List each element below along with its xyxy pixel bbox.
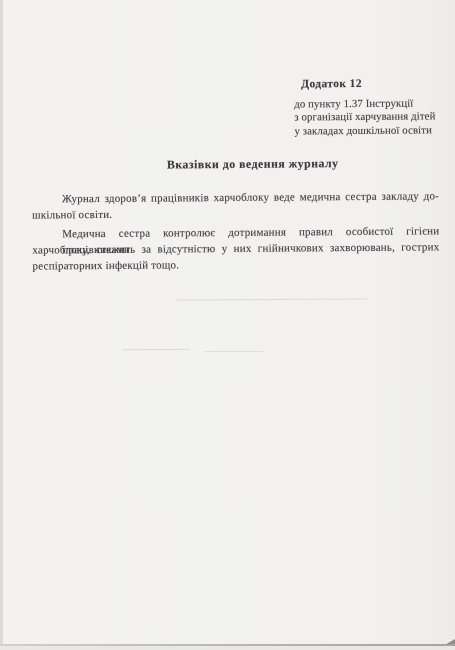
reference-line: до пункту 1.37 Інструкції xyxy=(294,97,435,112)
paragraph: Медична сестра контролює дотримання прав… xyxy=(32,223,439,274)
scanner-edge-band xyxy=(0,646,455,650)
paragraph-line: харчоблоку, стежить за відсутністю у них… xyxy=(32,239,439,258)
body-text: Журнал здоров’я працівників харчоблоку в… xyxy=(32,188,440,274)
paragraph: Журнал здоров’я працівників харчоблоку в… xyxy=(32,188,439,223)
paragraph-line: респіраторних інфекцій тощо. xyxy=(32,255,439,274)
document-content: Додаток 12 до пункту 1.37 Інструкції з о… xyxy=(0,0,455,650)
paragraph-line: Журнал здоров’я працівників харчоблоку в… xyxy=(32,188,439,207)
paragraph-line: шкільної освіти. xyxy=(32,204,439,223)
scanned-document-page: Додаток 12 до пункту 1.37 Інструкції з о… xyxy=(0,0,455,650)
reference-line: у закладах дошкільної освіти xyxy=(294,124,435,139)
scan-bottom-edge xyxy=(0,644,455,650)
reference-line: з організації харчування дітей xyxy=(294,111,435,126)
appendix-label: Додаток 12 xyxy=(301,78,362,90)
reference-block: до пункту 1.37 Інструкції з організації … xyxy=(294,97,435,138)
document-title: Вказівки до ведення журналу xyxy=(52,155,454,173)
scan-left-edge xyxy=(0,0,3,645)
